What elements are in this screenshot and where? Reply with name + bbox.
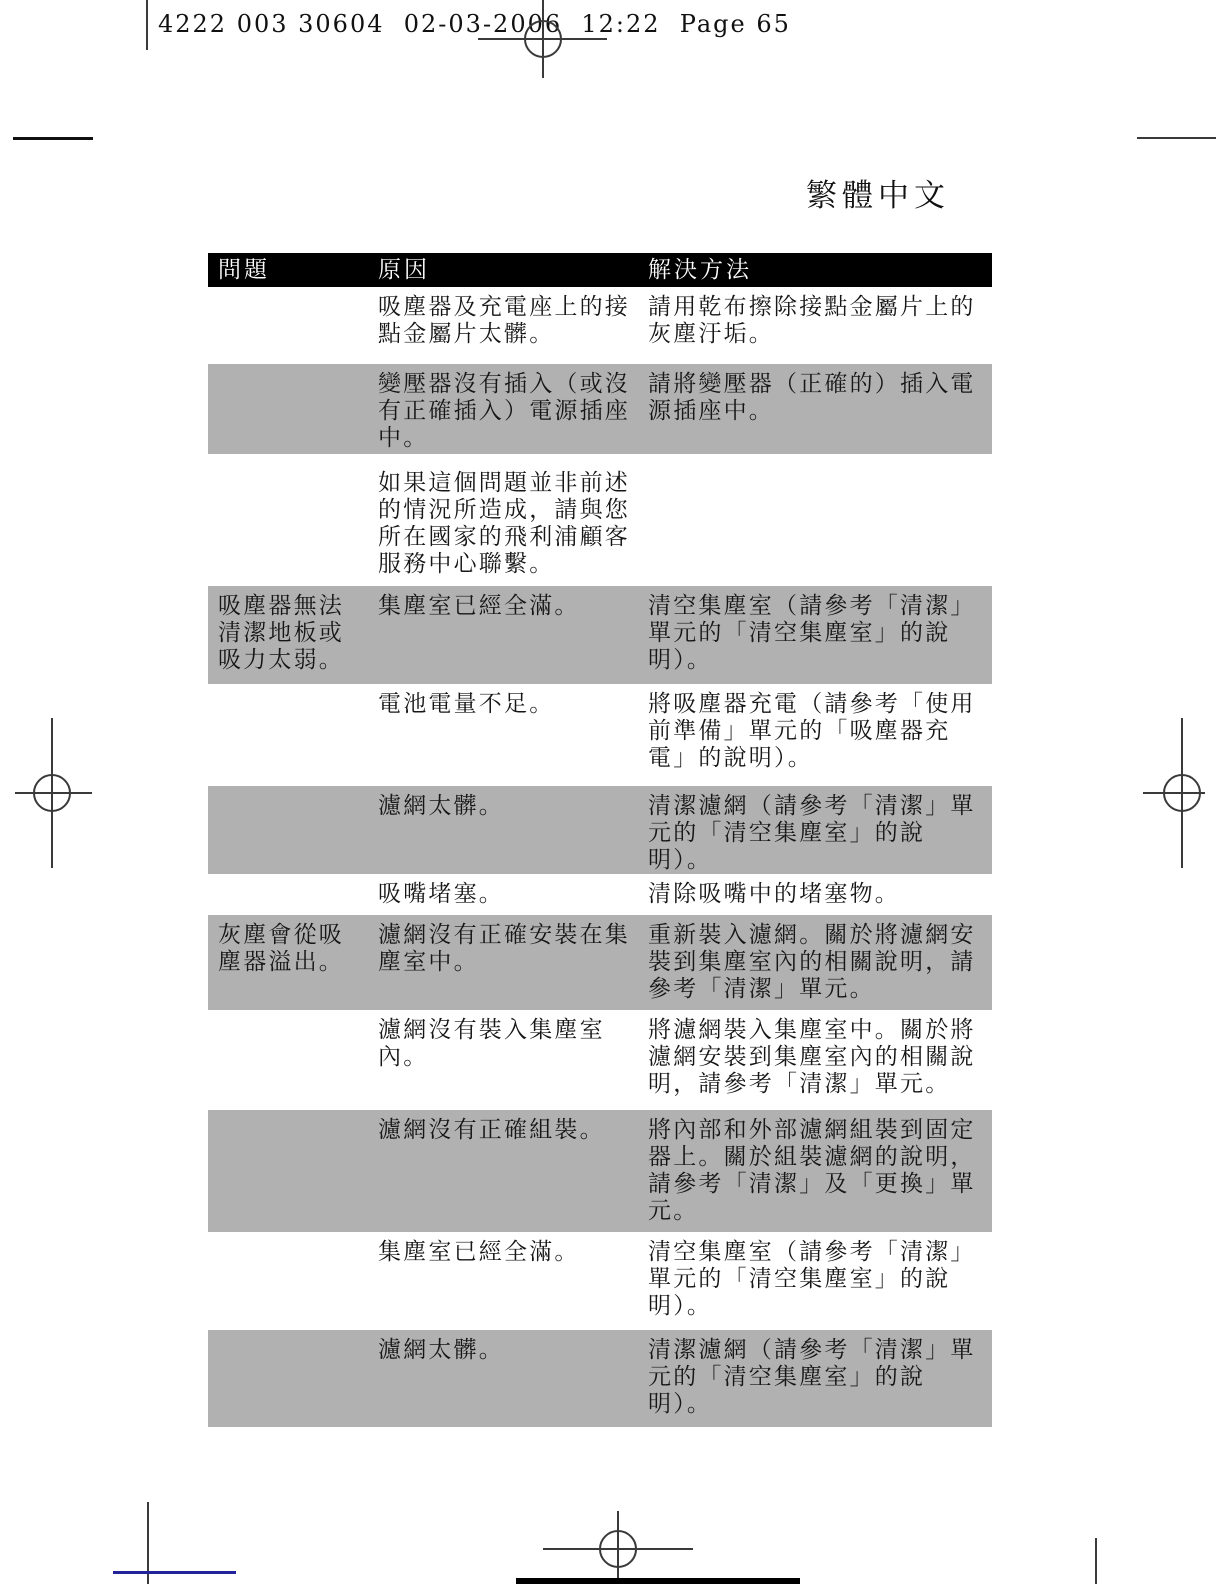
crop-mark-left-top	[13, 137, 93, 140]
solution-cell: 將濾網裝入集塵室中。關於將濾網安裝到集塵室內的相關說明，請參考「清潔」單元。	[648, 1010, 992, 1110]
table-row: 濾網沒有正確組裝。 將內部和外部濾網組裝到固定器上。關於組裝濾網的說明，請參考「…	[208, 1110, 992, 1232]
problem-cell	[208, 1232, 378, 1330]
table-header-row: 問題 原因 解決方法	[208, 253, 992, 287]
crop-mark-bottom-left-blue	[113, 1571, 236, 1574]
cause-cell: 濾網沒有正確組裝。	[378, 1110, 648, 1232]
problem-cell	[208, 1330, 378, 1427]
solution-cell: 清除吸嘴中的堵塞物。	[648, 874, 992, 915]
table-row: 集塵室已經全滿。 清空集塵室（請參考「清潔」單元的「清空集塵室」的說明）。	[208, 1232, 992, 1330]
table-row: 吸塵器無法清潔地板或吸力太弱。 集塵室已經全滿。 清空集塵室（請參考「清潔」單元…	[208, 586, 992, 684]
table-row: 變壓器沒有插入（或沒有正確插入）電源插座中。 請將變壓器（正確的）插入電源插座中…	[208, 364, 992, 454]
cause-cell: 吸塵器及充電座上的接點金屬片太髒。	[378, 287, 648, 364]
table-row: 灰塵會從吸塵器溢出。 濾網沒有正確安裝在集塵室中。 重新裝入濾網。關於將濾網安裝…	[208, 915, 992, 1010]
solution-cell: 將內部和外部濾網組裝到固定器上。關於組裝濾網的說明，請參考「清潔」及「更換」單元…	[648, 1110, 992, 1232]
table-row: 濾網太髒。 清潔濾網（請參考「清潔」單元的「清空集塵室」的說明）。	[208, 786, 992, 874]
cause-cell: 吸嘴堵塞。	[378, 874, 648, 915]
table-row: 吸嘴堵塞。 清除吸嘴中的堵塞物。	[208, 874, 992, 915]
problem-cell	[208, 874, 378, 915]
table-row: 如果這個問題並非前述的情況所造成，請與您所在國家的飛利浦顧客服務中心聯繫。	[208, 454, 992, 586]
problem-cell: 吸塵器無法清潔地板或吸力太弱。	[208, 586, 378, 684]
cause-cell: 集塵室已經全滿。	[378, 1232, 648, 1330]
solution-cell: 清空集塵室（請參考「清潔」單元的「清空集塵室」的說明）。	[648, 586, 992, 684]
cause-cell: 濾網太髒。	[378, 786, 648, 874]
column-header-problem: 問題	[208, 257, 378, 287]
table-row: 吸塵器及充電座上的接點金屬片太髒。 請用乾布擦除接點金屬片上的灰塵汙垢。	[208, 287, 992, 364]
problem-cell	[208, 786, 378, 874]
crop-mark-bottom-right-vertical	[1095, 1538, 1097, 1584]
cause-cell: 濾網沒有裝入集塵室內。	[378, 1010, 648, 1110]
page-title: 繁體中文	[806, 170, 950, 215]
cause-cell: 變壓器沒有插入（或沒有正確插入）電源插座中。	[378, 364, 648, 454]
solution-cell	[648, 454, 992, 586]
solution-cell: 清潔濾網（請參考「清潔」單元的「清空集塵室」的說明）。	[648, 1330, 992, 1427]
problem-cell	[208, 454, 378, 586]
problem-cell	[208, 1110, 378, 1232]
table-row: 濾網太髒。 清潔濾網（請參考「清潔」單元的「清空集塵室」的說明）。	[208, 1330, 992, 1427]
table-row: 電池電量不足。 將吸塵器充電（請參考「使用前準備」單元的「吸塵器充電」的說明）。	[208, 684, 992, 786]
troubleshooting-table: 問題 原因 解決方法 吸塵器及充電座上的接點金屬片太髒。 請用乾布擦除接點金屬片…	[208, 253, 992, 1427]
document-page: 4222 003 30604 02-03-2006 12:22 Page 65 …	[0, 0, 1224, 1584]
problem-cell	[208, 364, 378, 454]
cause-cell: 濾網太髒。	[378, 1330, 648, 1427]
solution-cell: 清空集塵室（請參考「清潔」單元的「清空集塵室」的說明）。	[648, 1232, 992, 1330]
problem-cell	[208, 1010, 378, 1110]
column-header-solution: 解決方法	[648, 257, 992, 287]
problem-cell	[208, 684, 378, 786]
solution-cell: 請用乾布擦除接點金屬片上的灰塵汙垢。	[648, 287, 992, 364]
cause-cell: 電池電量不足。	[378, 684, 648, 786]
table-row: 濾網沒有裝入集塵室內。 將濾網裝入集塵室中。關於將濾網安裝到集塵室內的相關說明，…	[208, 1010, 992, 1110]
solution-cell: 清潔濾網（請參考「清潔」單元的「清空集塵室」的說明）。	[648, 786, 992, 874]
column-header-cause: 原因	[378, 257, 648, 287]
crop-mark-right-top	[1137, 137, 1216, 139]
cause-cell: 濾網沒有正確安裝在集塵室中。	[378, 915, 648, 1010]
solution-cell: 請將變壓器（正確的）插入電源插座中。	[648, 364, 992, 454]
problem-cell: 灰塵會從吸塵器溢出。	[208, 915, 378, 1010]
crop-mark-top-left-vertical	[146, 0, 148, 50]
solution-cell: 重新裝入濾網。關於將濾網安裝到集塵室內的相關說明，請參考「清潔」單元。	[648, 915, 992, 1010]
print-proof-header: 4222 003 30604 02-03-2006 12:22 Page 65	[158, 10, 791, 38]
next-page-edge-bar	[516, 1578, 800, 1584]
cause-cell: 如果這個問題並非前述的情況所造成，請與您所在國家的飛利浦顧客服務中心聯繫。	[378, 454, 648, 586]
problem-cell	[208, 287, 378, 364]
solution-cell: 將吸塵器充電（請參考「使用前準備」單元的「吸塵器充電」的說明）。	[648, 684, 992, 786]
cause-cell: 集塵室已經全滿。	[378, 586, 648, 684]
